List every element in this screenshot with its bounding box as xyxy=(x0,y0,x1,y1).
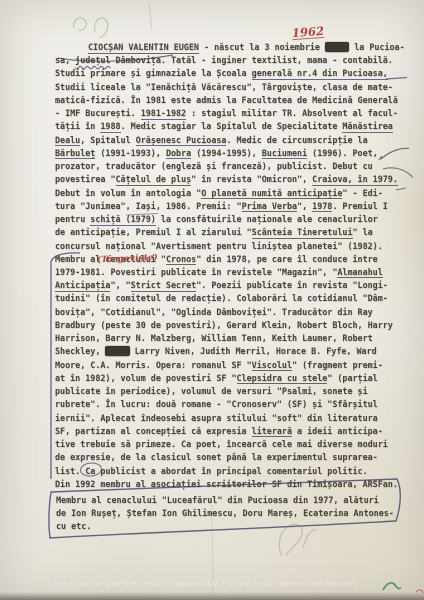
segment-ut: Prima Verba xyxy=(242,201,297,213)
segment-up: Craiova, în 1979. xyxy=(312,174,398,186)
typed-line: de anticipație, Premiul I al ziarului "S… xyxy=(55,226,405,239)
segment-up: 1978 xyxy=(312,201,332,213)
segment-ut: Almanahul xyxy=(337,267,382,279)
text-segment: . Premiul I xyxy=(332,201,387,211)
typed-line: Moore, C.A. Morris. Opera: romanul SF "V… xyxy=(55,359,405,372)
text-segment: de Ion Rușeț, Ștefan Ion Ghilimescu, Dor… xyxy=(56,508,394,518)
text-segment: Bradbury (peste 30 de povestiri), Gerard… xyxy=(55,320,393,330)
typed-line: iernii". Aplecat îndeosebi asupra stilul… xyxy=(55,412,405,425)
segment-ut: Strict Secret xyxy=(131,280,197,292)
typed-line: publicate în periodice), volumul de vers… xyxy=(55,385,405,398)
typed-line: rubrete". În lucru: două romane - "Crono… xyxy=(55,398,405,411)
text-segment: la consfătuirile naționale ale cenacluri… xyxy=(156,214,378,224)
typed-line: Dealu, Spitalul Orășenesc Pucioasa. Medi… xyxy=(55,134,405,147)
typed-line: Sheckley, ████ Larry Niven, Judith Merri… xyxy=(55,345,405,358)
scan-bottom-edge xyxy=(0,592,424,600)
text-segment: Larry Niven, Judith Merril, Horace B. Fy… xyxy=(130,346,377,356)
text-segment: ", " xyxy=(110,280,130,290)
text-segment: " în revista "Omicron", xyxy=(191,174,312,184)
typed-line: de expresie, de la clasicul sonet până l… xyxy=(55,451,405,464)
typed-line: sa, județul Dâmbovița. Tatăl - inginer t… xyxy=(55,54,405,67)
text-segment: Moore, C.A. Morris. Opera: romanul SF " xyxy=(55,360,252,370)
segment-ut: Viscolul xyxy=(252,360,292,372)
text-segment: , Spitalul xyxy=(80,135,135,145)
text-segment: Studii primare și gimnaziale la Școala xyxy=(55,68,252,78)
segment-ut: Scânteia Tineretului xyxy=(252,227,353,239)
text-segment: Harrison, Barry N. Malzberg, William Ten… xyxy=(55,333,373,343)
text-segment: la Pucioa- xyxy=(349,42,404,52)
segment-blot: ████ xyxy=(325,42,349,52)
typed-line: Debut în volum în antologia "O planetă n… xyxy=(55,187,405,200)
text-segment: tății în xyxy=(55,121,100,131)
segment-ut: Cronos xyxy=(166,254,196,266)
text-segment: (1991-1993), xyxy=(95,148,166,158)
segment-blot: ████ xyxy=(105,346,129,356)
text-segment: Sheckley, xyxy=(55,346,105,356)
typed-line: tudini" (în comitetul de redacție). Cola… xyxy=(55,292,405,305)
text-segment: list. Ca publicist a abordat în principa… xyxy=(55,466,368,476)
text-segment: a ideii anticipa- xyxy=(292,426,383,436)
text-segment: SF, partizan al concepției că expresia xyxy=(55,426,252,436)
typed-line: 1979-1981. Povestiri publicate în revist… xyxy=(55,266,405,279)
text-segment: " la xyxy=(353,227,373,237)
text-segment: de anticipație, Premiul I al ziarului " xyxy=(55,227,252,237)
typed-line: CIOCȘAN VALENTIN EUGEN - născut la 3 noi… xyxy=(55,41,405,54)
text-segment: - IMF București. xyxy=(55,108,141,118)
text-segment: Din 1992 membru al asociației scriitoril… xyxy=(55,479,398,489)
text-segment: tive trebuie să primeze. Ca poet, încear… xyxy=(55,439,388,449)
text-segment: " (fragment premi- xyxy=(292,360,383,370)
text-segment: at în 1982), volum de povestiri SF " xyxy=(55,373,237,383)
typed-line: - IMF București. 1981-1982 : stagiul mil… xyxy=(55,107,405,120)
text-segment: . Medic de circumscripție la xyxy=(226,135,367,145)
text-segment: de expresie, de la clasicul sonet până l… xyxy=(55,452,378,462)
pencil-scribble-topleft xyxy=(74,18,108,38)
segment-up: Mănăstirea xyxy=(342,121,392,133)
text-segment: concursul național "Avertisment pentru l… xyxy=(55,241,383,251)
text-segment: - născut la 3 noiembrie xyxy=(199,42,325,52)
segment-uw: județul xyxy=(75,55,110,65)
text-segment: tura "Junimea", Iași, 1986. Premii: " xyxy=(55,201,242,211)
segment-up: 1981-1982 xyxy=(141,108,186,120)
typed-line: list. Ca publicist a abordat în principa… xyxy=(55,465,405,478)
typed-line: Bărbuleț (1991-1993), Dobra (1994-1995),… xyxy=(55,147,405,160)
watermark-text: Processed using the free version of Wate… xyxy=(0,580,410,590)
segment-ut: Cățelul de pluș xyxy=(116,174,192,186)
typed-line: bovița", "Cotidianul", "Oglinda Dâmboviț… xyxy=(55,306,405,319)
typed-line: tății în 1988. Medic stagiar la Spitalul… xyxy=(55,120,405,133)
paper-scratch-top xyxy=(149,4,152,30)
text-segment: " - Edi- xyxy=(342,188,382,198)
typed-line: concursul național "Avertisment pentru l… xyxy=(55,240,405,253)
text-segment: " din 1978, pe care îl conduce între xyxy=(196,254,378,264)
typed-line: de Ion Rușeț, Ștefan Ion Ghilimescu, Dor… xyxy=(56,507,394,520)
typed-line: Din 1992 membru al asociației scriitoril… xyxy=(55,478,405,491)
segment-up: schiță (1979) xyxy=(90,214,156,226)
boxed-paragraph-text: Membru al cenaclului "Luceafărul" din Pu… xyxy=(56,494,394,534)
text-segment: sa, xyxy=(55,55,75,65)
text-segment: tudini" (în comitetul de redacție). Cola… xyxy=(55,293,388,303)
typed-line: tive trebuie să primeze. Ca poet, încear… xyxy=(55,438,405,451)
handwritten-year-annotation: 1962 xyxy=(292,25,325,40)
typed-line: Studii primare și gimnaziale la Școala g… xyxy=(55,67,405,80)
text-segment: bovița", "Cotidianul", "Oglinda Dâmboviț… xyxy=(55,307,373,317)
segment-up: Bărbuleț xyxy=(55,148,95,160)
typed-line: tura "Junimea", Iași, 1986. Premii: "Pri… xyxy=(55,200,405,213)
typed-line: Anticipația", "Strict Secret". Poezii pu… xyxy=(55,279,405,292)
text-segment: Membru al cenaclului "Luceafărul" din Pu… xyxy=(56,495,379,505)
text-segment: Dâmbovița. Tatăl - inginer textilist, ma… xyxy=(110,55,392,65)
text-segment: Debut în volum în antologia " xyxy=(55,188,201,198)
segment-up: literară xyxy=(252,426,292,438)
text-segment: (1996). Poet, xyxy=(307,148,378,158)
text-segment: 1979-1981. Povestiri publicate în revist… xyxy=(55,267,337,277)
text-segment: ", xyxy=(297,201,312,211)
segment-up: Dealu xyxy=(55,135,80,147)
text-segment: cu etc. xyxy=(56,521,91,531)
segment-ut: Anticipația xyxy=(55,280,110,292)
segment-up: 1988 xyxy=(100,121,120,133)
typed-line: povestirea "Cățelul de pluș" în revista … xyxy=(55,173,405,186)
text-segment: (1994-1995), xyxy=(191,148,262,158)
text-segment: iernii". Aplecat îndeosebi asupra stilul… xyxy=(55,413,378,423)
typed-line: Bradbury (peste 30 de povestiri), Gerard… xyxy=(55,319,405,332)
text-segment: pentru xyxy=(55,214,90,224)
text-segment: matică-fizică. În 1981 este admis la Fac… xyxy=(55,95,398,105)
segment-up: Orășenesc Pucioasa xyxy=(136,135,227,147)
typed-line: prozator, traducător (engleză și francez… xyxy=(55,160,405,173)
text-segment: ". Poezii publicate în revista "Longi- xyxy=(196,280,388,290)
typed-line: SF, partizan al concepției că expresia l… xyxy=(55,425,405,438)
text-segment: prozator, traducător (engleză și francez… xyxy=(55,161,373,171)
typed-line: Studii liceale la "Ienăchiță Văcărescu",… xyxy=(55,81,405,94)
segment-ut: O planetă numită anticipație xyxy=(201,188,342,200)
typed-line: at în 1982), volum de povestiri SF "Clep… xyxy=(55,372,405,385)
text-segment: Studii liceale la "Ienăchiță Văcărescu",… xyxy=(55,82,393,92)
segment-ut: Clepsidra cu stele xyxy=(237,373,328,385)
text-segment: . Medic stagiar la Spitalul de Specialit… xyxy=(121,121,343,131)
typed-text: CIOCȘAN VALENTIN EUGEN - născut la 3 noi… xyxy=(55,41,405,491)
segment-up: Buciumeni xyxy=(262,148,307,160)
typed-line: matică-fizică. În 1981 este admis la Fac… xyxy=(55,94,405,107)
text-segment: " (parțial xyxy=(327,373,377,383)
text-segment: rubrete". În lucru: două romane - "Crono… xyxy=(55,399,378,409)
text-segment: : stagiul militar TR. Absolvent al facul… xyxy=(186,108,398,118)
typed-line: pentru schiță (1979) la consfătuirile na… xyxy=(55,213,405,226)
typed-line: Membru al cenaclului "Luceafărul" din Pu… xyxy=(56,494,394,507)
segment-up: Dobra xyxy=(166,148,191,160)
text-segment: publicate în periodice), volumul de vers… xyxy=(55,386,368,396)
segment-up: generală nr.4 din Pucioasa, xyxy=(252,68,388,80)
text-segment: povestirea " xyxy=(55,174,116,184)
segment-ut: CIOCȘAN VALENTIN EUGEN xyxy=(88,42,199,54)
typed-line: cu etc. xyxy=(56,520,394,533)
scanned-typewritten-page: { "page": { "paper_color": "#ebe8e0", "t… xyxy=(0,0,424,600)
typed-line: Harrison, Barry N. Malzberg, William Ten… xyxy=(55,332,405,345)
